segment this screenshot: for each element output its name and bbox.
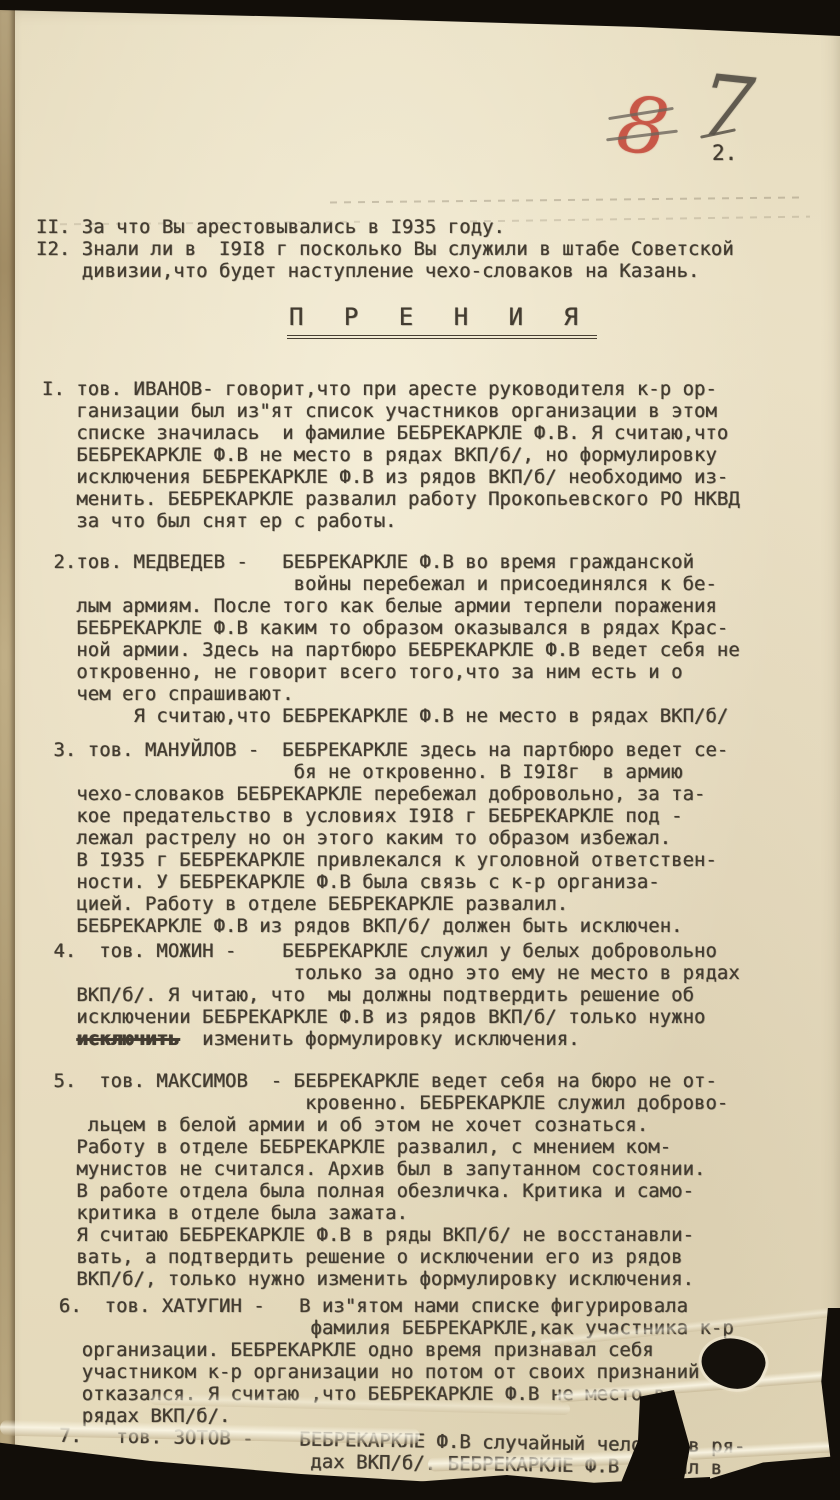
typed-page-number: 2. xyxy=(712,142,737,164)
archival-scan: 8 7 2. II. За что Вы арестовывались в I9… xyxy=(0,0,840,1500)
speech-paragraph-ivanov: I. тов. ИВАНОВ- говорит,что при аресте р… xyxy=(42,378,740,532)
speech-paragraph-mozhin: 4. тов. МОЖИН - БЕБРЕКАРКЛЕ служил у бел… xyxy=(42,940,740,1050)
overstruck-word: исключить xyxy=(76,1028,179,1050)
mozhin-text-after: изменить формулировку исключения. xyxy=(179,1028,579,1050)
speech-paragraph-medvedev: 2.тов. МЕДВЕДЕВ - БЕБРЕКАРКЛЕ Ф.В во вре… xyxy=(42,551,740,727)
speech-paragraph-manuilov: 3. тов. МАНУЙЛОВ - БЕБРЕКАРКЛЕ здесь на … xyxy=(42,739,728,937)
speech-paragraph-maksimov: 5. тов. МАКСИМОВ - БЕБРЕКАРКЛЕ ведет себ… xyxy=(42,1070,728,1290)
section-heading-prenija: П Р Е Н И Я xyxy=(287,303,597,339)
paper-left-torn-edge xyxy=(0,8,15,1452)
question-items-11-12: II. За что Вы арестовывались в I935 году… xyxy=(36,216,734,282)
